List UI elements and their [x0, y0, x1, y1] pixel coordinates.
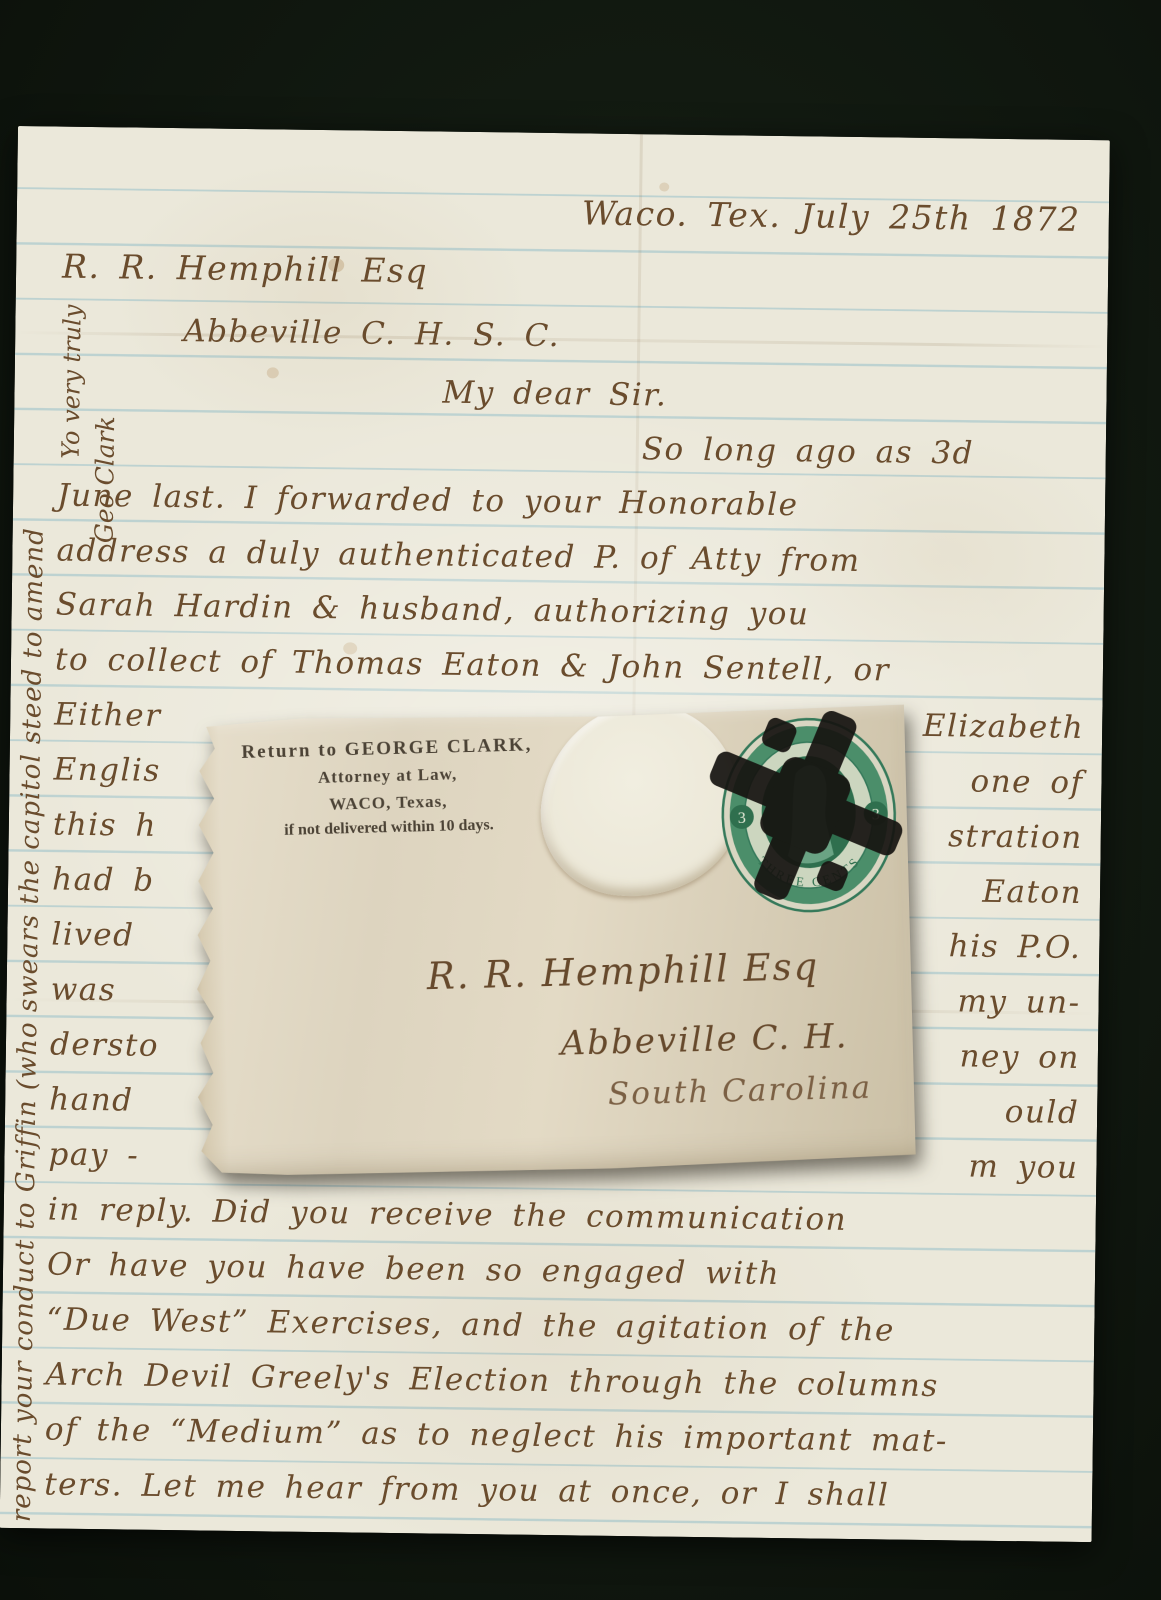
letter-recipient-address: Abbeville C. H. S. C.	[183, 314, 560, 353]
letter-body-line: Or have you have been so engaged with	[47, 1247, 780, 1291]
letter-body-line: Sarah Hardin & husband, authorizing you	[56, 588, 810, 632]
letter-fragment-left: pay -	[48, 1137, 139, 1172]
letter-body-line: to collect of Thomas Eaton & John Sentel…	[55, 643, 890, 688]
postage-stamp: 3 3 THREE CENTS	[716, 713, 901, 918]
letter-fragment-right: ould	[1005, 1095, 1080, 1130]
letter-fragment-right: Eaton	[982, 875, 1082, 910]
envelope-address-line-3: South Carolina	[608, 1070, 873, 1113]
letter-body-line: of the “Medium” as to neglect his import…	[45, 1412, 948, 1458]
letter-body-line: in reply. Did you receive the communicat…	[48, 1192, 848, 1237]
stain-spot	[659, 182, 669, 191]
letter-fragment-right: m you	[968, 1150, 1078, 1186]
letter-recipient-name: R. R. Hemphill Esq	[62, 249, 428, 290]
letter-fragment-left: hand	[49, 1082, 134, 1117]
letter-valediction: Yo very truly	[58, 309, 90, 459]
letter-fragment-left: had b	[52, 863, 155, 898]
letter-fragment-right: his P.O.	[949, 929, 1082, 965]
letter-fragment-left: this h	[53, 808, 158, 843]
letter-fragment-right: ney on	[959, 1039, 1080, 1075]
envelope-face: Return to GEORGE CLARK, Attorney at Law,…	[180, 703, 916, 1182]
letter-body-line: Arch Devil Greely's Election through the…	[45, 1357, 939, 1403]
letter-fragment-left: was	[50, 973, 116, 1008]
letter-fragment-right: & Elizabeth	[875, 708, 1084, 745]
letter-signature: Geo Clark	[91, 393, 123, 543]
photo-background: Waco. Tex. July 25th 1872 R. R. Hemphill…	[0, 0, 1161, 1600]
envelope-address-line-2: Abbeville C. H.	[560, 1016, 849, 1064]
letter-fragment-left: lived	[51, 918, 134, 953]
stain-spot	[267, 367, 279, 378]
envelope-address-line-1: R. R. Hemphill Esq	[426, 945, 819, 998]
letter-fragment-left: Englis	[53, 753, 161, 788]
letter-fragment-right: one of	[970, 765, 1083, 801]
fold-crease	[15, 331, 1107, 348]
letter-fragment-left: Either	[54, 698, 162, 733]
envelope: Return to GEORGE CLARK, Attorney at Law,…	[180, 703, 916, 1182]
letter-opening-line: So long ago as 3d	[642, 432, 975, 470]
letter-dateline: Waco. Tex. July 25th 1872	[582, 195, 1081, 238]
letter-salutation: My dear Sir.	[442, 376, 667, 413]
envelope-return-address: Return to GEORGE CLARK, Attorney at Law,…	[187, 729, 590, 846]
letter-fragment-left: dersto	[50, 1027, 159, 1063]
letter-body-line: “Due West” Exercises, and the agitation …	[46, 1302, 895, 1347]
letter-body-line: address a duly authenticated P. of Atty …	[56, 534, 860, 579]
letter-fragment-right: my un-	[957, 984, 1081, 1020]
stamp-denomination-left: 3	[738, 810, 746, 827]
letter-body-line: June last. I forwarded to your Honorable	[57, 479, 799, 523]
letter-fragment-right: stration	[948, 819, 1083, 855]
letter-body-line: ters. Let me hear from you at once, or I…	[44, 1467, 890, 1512]
